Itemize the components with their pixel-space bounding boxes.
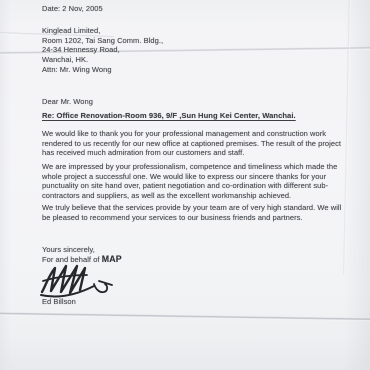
recipient-room: Room 1202, Tai Sang Comm. Bldg., (42, 36, 163, 46)
recipient-company: Kinglead Limited, (42, 26, 163, 36)
subject-line: Re: Office Renovation-Room 936, 9/F ,Sun… (42, 111, 296, 121)
recipient-city: Wanchai, HK. (42, 55, 163, 65)
recipient-address-block: Kinglead Limited, Room 1202, Tai Sang Co… (42, 26, 163, 64)
body-paragraph-1: We would like to thank you for your prof… (42, 129, 343, 158)
body-paragraph-2: We are impressed by your professionalism… (42, 162, 343, 200)
scanned-letter-page: Date: 2 Nov, 2005 Kinglead Limited, Room… (0, 0, 370, 370)
body-paragraph-3: We truly believe that the services provi… (42, 203, 343, 222)
letter-content: Date: 2 Nov, 2005 Kinglead Limited, Room… (0, 0, 370, 370)
signature-ink (38, 262, 128, 298)
salutation: Dear Mr. Wong (42, 97, 93, 107)
date-line: Date: 2 Nov, 2005 (42, 4, 103, 14)
attention-line: Attn: Mr. Wing Wong (42, 65, 112, 75)
valediction: Yours sincerely, (42, 245, 95, 255)
signer-name: Ed Billson (42, 297, 76, 307)
recipient-street: 24-34 Hennessy Road, (42, 45, 163, 55)
